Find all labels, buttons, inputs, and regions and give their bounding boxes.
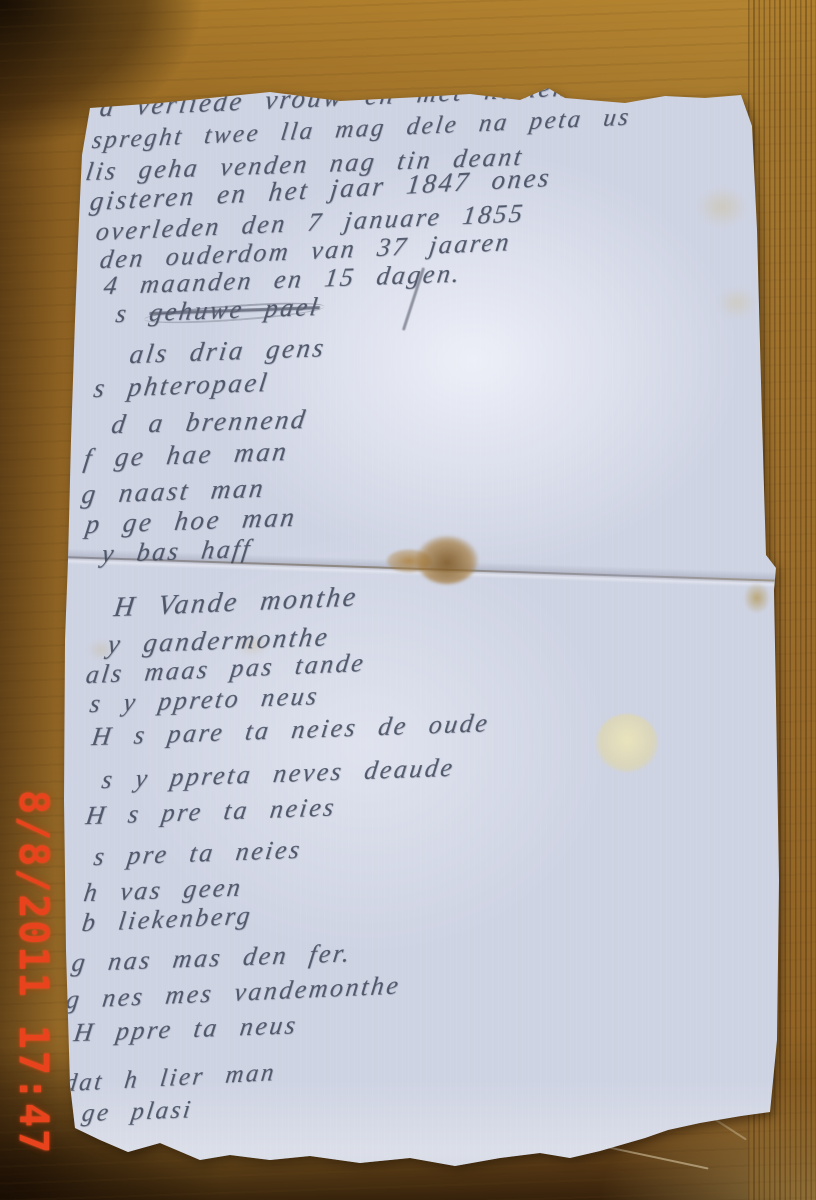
handwriting-text: g nes mes vandemonthe: [64, 970, 402, 1014]
handwriting-text: H ppre ta neus: [72, 1010, 300, 1047]
handwriting-text: s pre ta neies: [92, 835, 304, 871]
handwriting-line: d a brennend: [109, 404, 309, 440]
handwriting-text: s y ppreta neves deaude: [100, 753, 457, 794]
handwriting-text: dat h lier man: [63, 1059, 278, 1097]
handwriting-line: s pre ta neies: [92, 835, 304, 872]
handwriting-line: b liekenberg: [80, 901, 254, 939]
paper-shadow-wrap: be graaf nes lips dan mijna verliede vro…: [0, 0, 816, 1200]
handwriting-line: ge plasi: [80, 1096, 194, 1128]
handwriting-text: s phteropael: [92, 367, 271, 403]
handwriting-line: dat h lier man: [63, 1059, 278, 1098]
handwriting-line: H s pre ta neies: [84, 792, 338, 831]
photo-frame: be graaf nes lips dan mijna verliede vro…: [0, 0, 816, 1200]
handwriting-text: g nas mas den fer.: [70, 938, 354, 977]
handwriting-text: b liekenberg: [80, 901, 254, 938]
camera-timestamp: 8/8/2011 17:47: [10, 790, 56, 1155]
handwriting-line: be graaf nes lips dan mijn: [122, 36, 532, 81]
handwriting-text: als dria gens: [128, 332, 328, 369]
handwriting-text: y bas haff: [100, 534, 254, 568]
handwriting-text: s: [114, 298, 152, 328]
handwriting-line: s y ppreta neves deaude: [100, 753, 457, 795]
handwriting-text: d a brennend: [109, 404, 309, 439]
handwriting-text: f ge hae man: [82, 436, 291, 473]
handwriting-line: p ge hoe man: [84, 502, 299, 541]
handwriting-text: p ge hoe man: [84, 502, 299, 540]
handwriting-line: H Vande monthe: [112, 581, 360, 624]
handwriting-text: ge plasi: [80, 1096, 194, 1127]
handwriting-line: g nes mes vandemonthe: [64, 970, 402, 1015]
handwriting-line: f ge hae man: [82, 436, 291, 474]
paper-sheet: be graaf nes lips dan mijna verliede vro…: [0, 0, 816, 1200]
struck-through-text: gehuwe pael: [148, 292, 322, 327]
handwriting-line: als dria gens: [128, 332, 328, 370]
handwriting-text: H s pre ta neies: [84, 792, 338, 830]
handwriting-line: s gehuwe pael: [114, 292, 322, 329]
handwriting-line: H ppre ta neus: [72, 1010, 300, 1048]
handwriting-line: y bas haff: [100, 534, 254, 569]
handwriting-text: be graaf nes lips dan mijn: [122, 36, 532, 80]
handwriting-line: s phteropael: [92, 367, 272, 404]
handwriting-line: g nas mas den fer.: [70, 938, 354, 978]
handwriting-text: H Vande monthe: [112, 581, 360, 623]
handwriting-block: be graaf nes lips dan mijna verliede vro…: [0, 0, 816, 1200]
